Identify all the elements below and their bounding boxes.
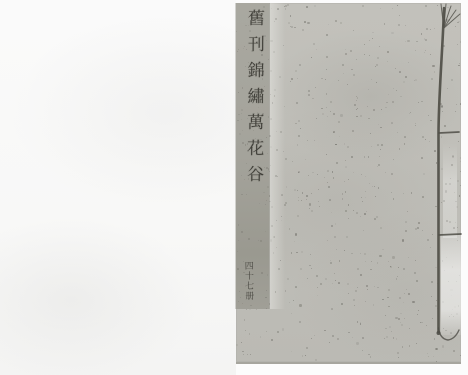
book-title-text: 舊刊錦繡萬花谷 [243,9,261,191]
blank-page [0,0,236,375]
volume-count-text: 四十七册 [243,261,253,301]
title-label-strip: 舊刊錦繡萬花谷 四十七册 [236,3,269,309]
page-edge-highlight-lower [441,235,461,335]
book-cover: 舊刊錦繡萬花谷 四十七册 [236,3,461,364]
page-edge-highlight-upper [443,143,457,238]
